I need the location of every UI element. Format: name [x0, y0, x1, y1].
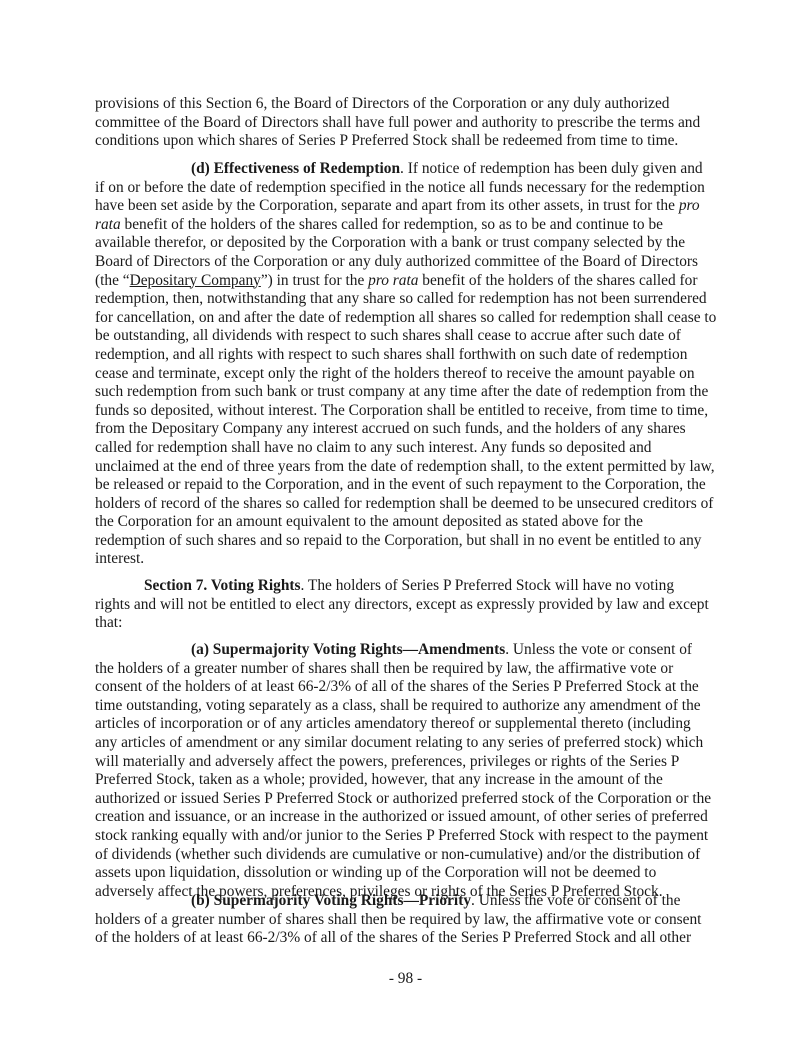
text-line: holders of record of the shares so calle… [95, 495, 720, 514]
text-line: will materially and adversely affect the… [95, 753, 720, 772]
section-heading: (b) Supermajority Voting Rights—Priority [191, 892, 471, 909]
text-line: Board of Directors of the Corporation or… [95, 253, 720, 272]
paragraph-section6-continuation: provisions of this Section 6, the Board … [95, 95, 720, 151]
text-run: . Unless the vote or consent of the [471, 892, 680, 909]
text-line: stock ranking equally with and/or junior… [95, 827, 720, 846]
text-line: Section 7. Voting Rights. The holders of… [95, 577, 720, 596]
section-heading: (d) Effectiveness of Redemption [191, 160, 400, 177]
text-line: (the “Depositary Company”) in trust for … [95, 272, 720, 291]
text-line: (d) Effectiveness of Redemption. If noti… [95, 160, 720, 179]
text-line: conditions upon which shares of Series P… [95, 132, 720, 151]
text-run: ”) in trust for the [261, 272, 368, 289]
text-line: redemption, then, notwithstanding that a… [95, 290, 720, 309]
text-line: the holders of a greater number of share… [95, 660, 720, 679]
paragraph-section7-voting-rights: Section 7. Voting Rights. The holders of… [95, 577, 720, 633]
text-line: Preferred Stock, taken as a whole; provi… [95, 771, 720, 790]
text-line: interest. [95, 550, 720, 569]
text-line: called for redemption shall have no clai… [95, 439, 720, 458]
text-line: of dividends (whether such dividends are… [95, 846, 720, 865]
text-line: consent of the holders of at least 66-2/… [95, 678, 720, 697]
text-line: cease and terminate, except only the rig… [95, 365, 720, 384]
text-line: creation and issuance, or an increase in… [95, 808, 720, 827]
text-line: holders of a greater number of shares sh… [95, 911, 720, 930]
text-line: assets upon liquidation, dissolution or … [95, 864, 720, 883]
text-line: rights and will not be entitled to elect… [95, 596, 720, 615]
paragraph-effectiveness-of-redemption: (d) Effectiveness of Redemption. If noti… [95, 160, 720, 569]
text-line: the Corporation for an amount equivalent… [95, 513, 720, 532]
text-line: that: [95, 614, 720, 633]
text-line: available therefor, or deposited by the … [95, 234, 720, 253]
document-page: provisions of this Section 6, the Board … [0, 0, 811, 1050]
italic-text: pro [679, 197, 700, 214]
italic-text: pro rata [368, 272, 418, 289]
section-heading: Section 7. Voting Rights [144, 577, 301, 594]
paragraph-supermajority-amendments: (a) Supermajority Voting Rights—Amendmen… [95, 641, 720, 901]
text-line: (b) Supermajority Voting Rights—Priority… [95, 892, 720, 911]
text-line: be released or repaid to the Corporation… [95, 476, 720, 495]
text-line: committee of the Board of Directors shal… [95, 114, 720, 133]
defined-term: Depositary Company [130, 272, 261, 289]
text-line: funds so deposited, without interest. Th… [95, 402, 720, 421]
text-line: rata benefit of the holders of the share… [95, 216, 720, 235]
text-line: of the holders of at least 66-2/3% of al… [95, 929, 720, 948]
text-run: . Unless the vote or consent of [505, 641, 692, 658]
text-line: for cancellation, on and after the date … [95, 309, 720, 328]
text-line: if on or before the date of redemption s… [95, 179, 720, 198]
text-line: be outstanding, all dividends with respe… [95, 327, 720, 346]
text-line: have been set aside by the Corporation, … [95, 197, 720, 216]
text-line: (a) Supermajority Voting Rights—Amendmen… [95, 641, 720, 660]
italic-text: rata [95, 216, 121, 233]
text-line: from the Depositary Company any interest… [95, 420, 720, 439]
text-line: such redemption from such bank or trust … [95, 383, 720, 402]
text-run: benefit of the holders of the shares cal… [121, 216, 663, 233]
text-line: provisions of this Section 6, the Board … [95, 95, 720, 114]
text-run: . The holders of Series P Preferred Stoc… [301, 577, 675, 594]
text-run: . If notice of redemption has been duly … [400, 160, 703, 177]
text-line: unclaimed at the end of three years from… [95, 458, 720, 477]
text-run: benefit of the holders of the shares cal… [418, 272, 697, 289]
page-number: - 98 - [0, 970, 811, 988]
text-line: authorized or issued Series P Preferred … [95, 790, 720, 809]
section-heading: (a) Supermajority Voting Rights—Amendmen… [191, 641, 505, 658]
text-run: have been set aside by the Corporation, … [95, 197, 679, 214]
text-run: (the “ [95, 272, 130, 289]
text-line: any articles of amendment or any similar… [95, 734, 720, 753]
text-line: redemption of such shares and so repaid … [95, 532, 720, 551]
paragraph-supermajority-priority: (b) Supermajority Voting Rights—Priority… [95, 892, 720, 948]
text-line: redemption, and all rights with respect … [95, 346, 720, 365]
text-line: articles of incorporation or of any arti… [95, 715, 720, 734]
text-line: time outstanding, voting separately as a… [95, 697, 720, 716]
